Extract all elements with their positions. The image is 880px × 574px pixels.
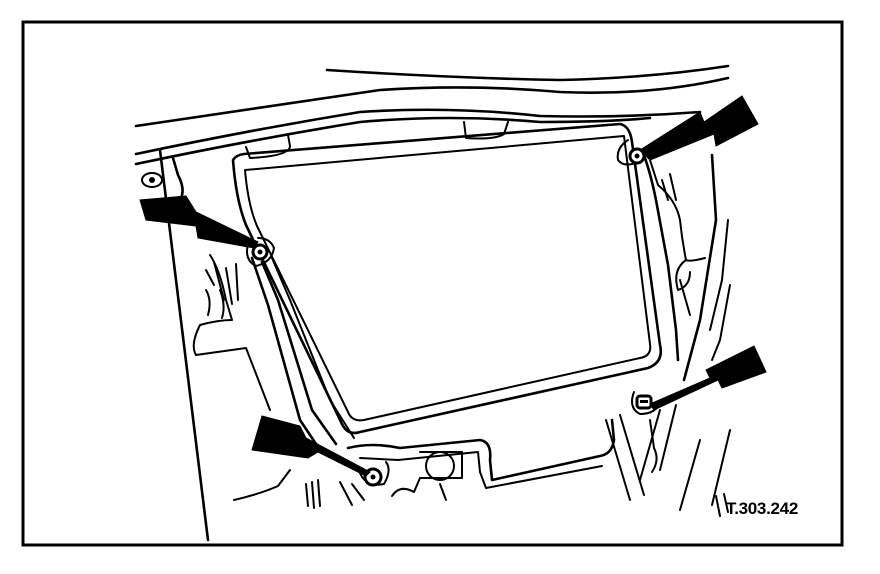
- technical-diagram: T.303.242: [0, 0, 880, 574]
- arrow-icon: [640, 96, 758, 160]
- panel-frame: [233, 124, 661, 433]
- lower-right-pillar: [606, 405, 730, 510]
- arrow-icon: [650, 346, 766, 410]
- figure-border: [23, 22, 842, 545]
- reference-code: T.303.242: [726, 499, 798, 518]
- upper-left-grommet: [142, 173, 162, 187]
- rail-clips: [246, 122, 508, 158]
- bolt-top-right: [618, 140, 644, 165]
- right-pillar: [642, 150, 730, 380]
